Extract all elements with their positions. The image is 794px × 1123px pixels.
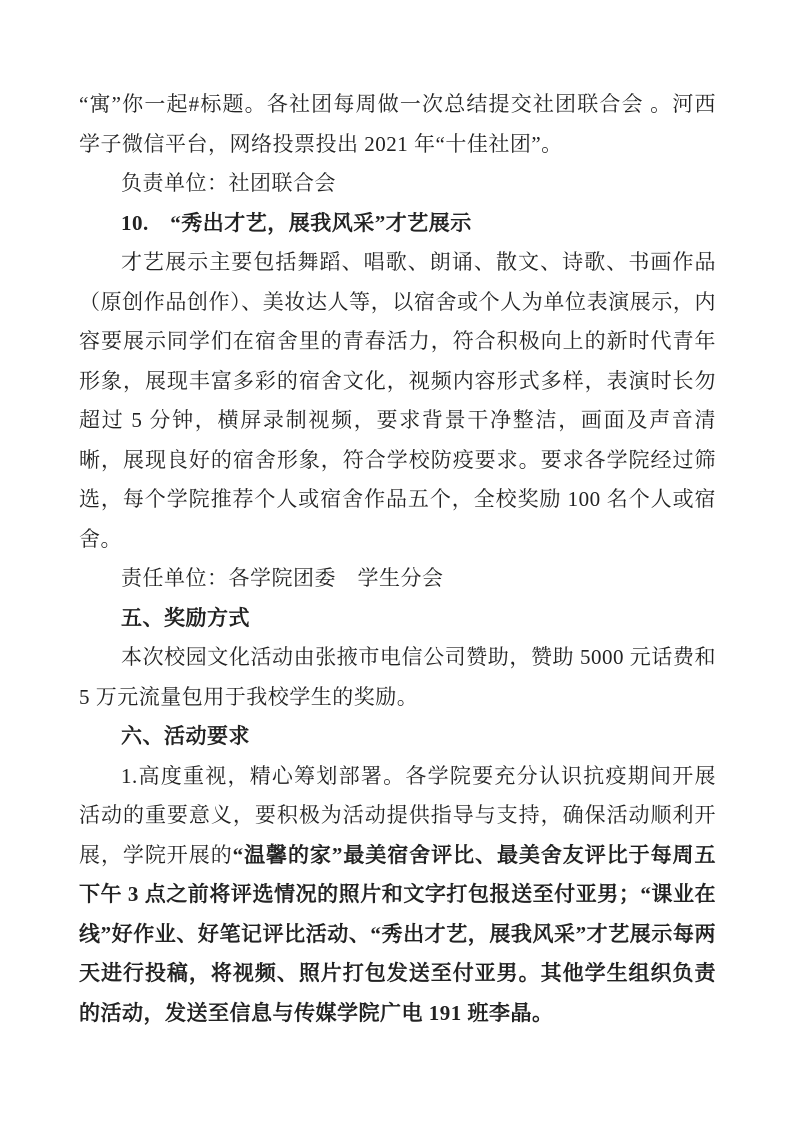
requirements-bold-text: “温馨的家”最美宿舍评比、最美舍友评比于每周五下午 3 点之前将评选情况的照片和… bbox=[79, 843, 716, 1025]
paragraph-responsible-unit: 负责单位：社团联合会 bbox=[79, 164, 716, 204]
paragraph-talent-show-description: 才艺展示主要包括舞蹈、唱歌、朗诵、散文、诗歌、书画作品（原创作品创作）、美妆达人… bbox=[79, 243, 716, 559]
paragraph-duty-unit: 责任单位：各学院团委 学生分会 bbox=[79, 559, 716, 599]
paragraph-continuation: “寓”你一起#标题。各社团每周做一次总结提交社团联合会 。河西学子微信平台，网络… bbox=[79, 85, 716, 164]
heading-section-6-requirements: 六、活动要求 bbox=[79, 717, 716, 757]
heading-section-5-reward: 五、奖励方式 bbox=[79, 599, 716, 639]
paragraph-reward-description: 本次校园文化活动由张掖市电信公司赞助，赞助 5000 元话费和 5 万元流量包用… bbox=[79, 638, 716, 717]
paragraph-requirements: 1.高度重视，精心筹划部署。各学院要充分认识抗疫期间开展活动的重要意义，要积极为… bbox=[79, 757, 716, 1034]
document-page: “寓”你一起#标题。各社团每周做一次总结提交社团联合会 。河西学子微信平台，网络… bbox=[0, 0, 794, 1123]
heading-item-10: 10. “秀出才艺，展我风采”才艺展示 bbox=[79, 204, 716, 244]
